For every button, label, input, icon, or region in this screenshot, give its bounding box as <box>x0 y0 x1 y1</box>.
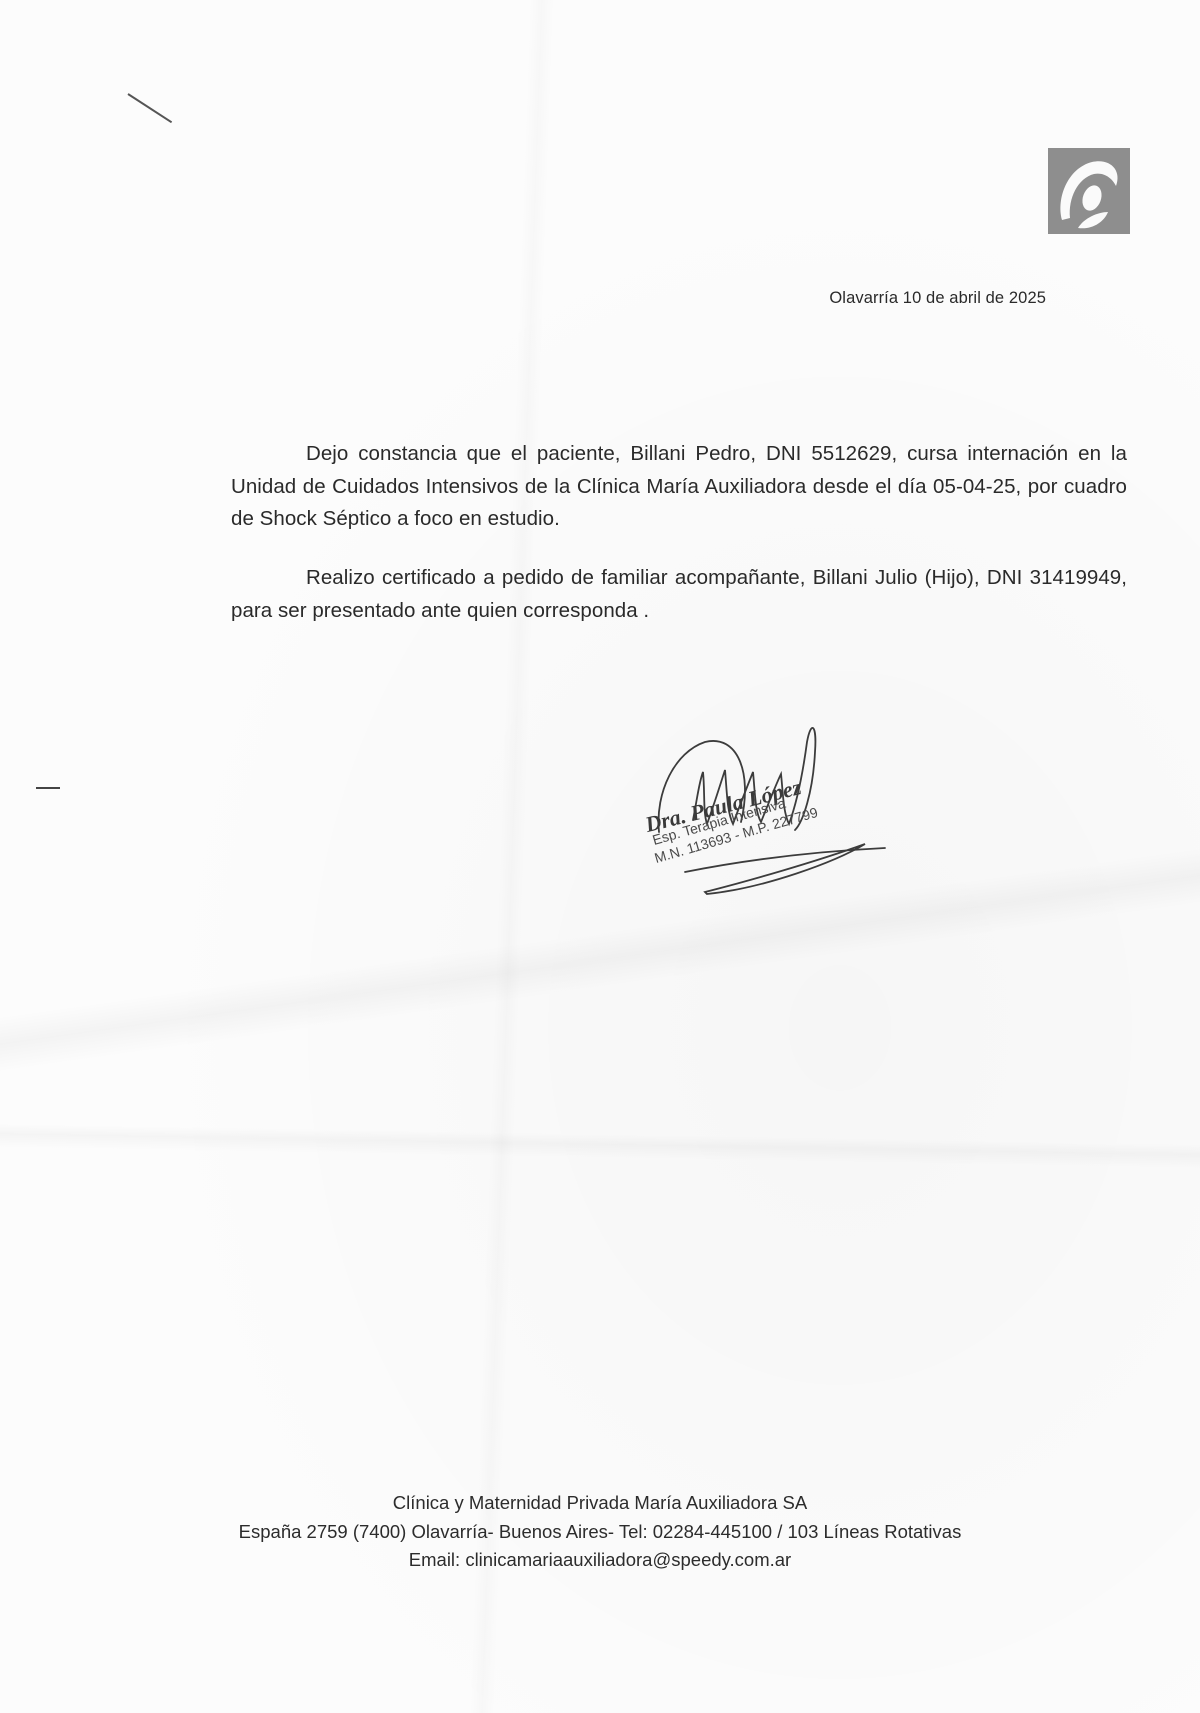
footer-email: Email: clinicamariaauxiliadora@speedy.co… <box>0 1546 1200 1575</box>
scan-mark <box>36 787 60 789</box>
paragraph-text: Dejo constancia que el paciente, Billani… <box>231 438 1127 536</box>
clinic-logo-icon <box>1048 148 1130 234</box>
letterhead-footer: Clínica y Maternidad Privada María Auxil… <box>0 1489 1200 1575</box>
date-line: Olavarría 10 de abril de 2025 <box>806 289 1046 308</box>
certificate-paragraph-1: Dejo constancia que el paciente, Billani… <box>231 438 1127 536</box>
signature-stamp: Dra. Paula López Esp. Terapia Intensiva … <box>645 712 905 907</box>
footer-institution: Clínica y Maternidad Privada María Auxil… <box>0 1489 1200 1518</box>
paper-background <box>0 0 1200 1713</box>
footer-address-phone: España 2759 (7400) Olavarría- Buenos Air… <box>0 1518 1200 1547</box>
paragraph-text: Realizo certificado a pedido de familiar… <box>231 562 1127 627</box>
certificate-paragraph-2: Realizo certificado a pedido de familiar… <box>231 562 1127 627</box>
